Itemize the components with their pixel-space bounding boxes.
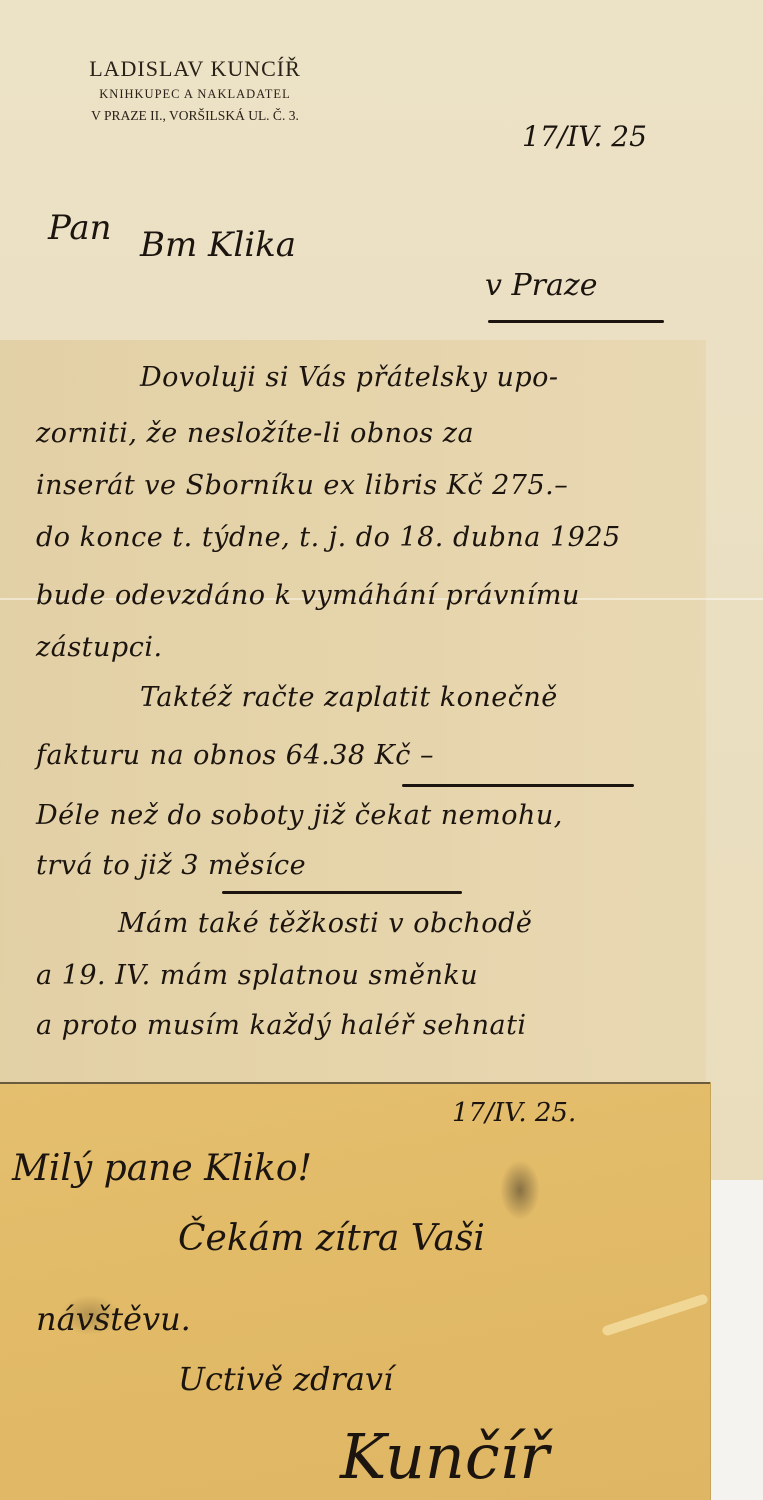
letterhead: LADISLAV KUNCÍŘ KNIHKUPEC A NAKLADATEL V… — [0, 55, 390, 127]
body-line: zástupci. — [36, 632, 163, 663]
body-line: do konce t. týdne, t. j. do 18. dubna 19… — [36, 522, 621, 553]
ink-smudge — [500, 1160, 540, 1220]
card-closing: Uctivě zdraví — [178, 1360, 393, 1398]
body-line: Dovoluji si Vás přátelsky upo- — [140, 362, 559, 393]
card-line: Čekám zítra Vaši — [178, 1218, 485, 1259]
body-line: trvá to již 3 měsíce — [36, 850, 306, 881]
amount-underline — [402, 784, 634, 787]
body-line: inserát ve Sborníku ex libris Kč 275.– — [36, 470, 568, 501]
recipient-city: v Praze — [485, 268, 597, 303]
body-line: fakturu na obnos 64.38 Kč – — [36, 740, 434, 771]
body-line: bude odevzdáno k vymáhání právnímu — [36, 580, 580, 611]
letterhead-name: LADISLAV KUNCÍŘ — [0, 55, 390, 83]
body-line: Taktéž račte zaplatit konečně — [140, 682, 558, 713]
recipient-name: Bm Klika — [140, 225, 296, 265]
body-line: a 19. IV. mám splatnou směnku — [36, 960, 478, 991]
months-underline — [222, 891, 462, 894]
body-line: zorniti, že nesložíte-li obnos za — [36, 418, 474, 449]
city-underline — [488, 320, 664, 323]
body-line: a proto musím každý haléř sehnati — [36, 1010, 527, 1041]
salutation-title: Pan — [48, 208, 112, 248]
card-line: návštěvu. — [36, 1300, 191, 1338]
body-line: Déle než do soboty již čekat nemohu, — [36, 800, 563, 831]
letterhead-profession: KNIHKUPEC A NAKLADATEL — [0, 83, 390, 105]
letter-date: 17/IV. 25 — [522, 120, 647, 153]
signature: Kunčíř — [340, 1420, 549, 1493]
body-line: Mám také těžkosti v obchodě — [118, 908, 532, 939]
letterhead-address: V PRAZE II., VORŠILSKÁ UL. Č. 3. — [0, 105, 390, 127]
card-date: 17/IV. 25. — [452, 1098, 576, 1128]
card-greeting: Milý pane Kliko! — [12, 1148, 312, 1189]
